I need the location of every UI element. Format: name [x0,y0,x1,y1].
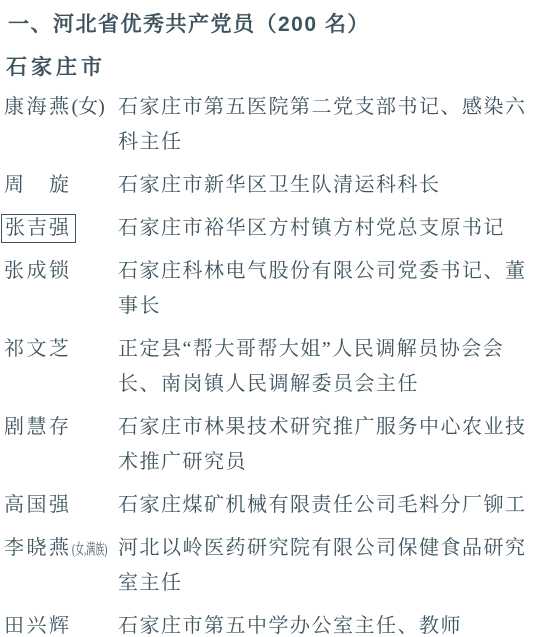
member-description-line: 河北以岭医药研究院有限公司保健食品研究 [118,531,548,566]
member-name: 高国强 [4,494,72,516]
member-description-line: 石家庄煤矿机械有限责任公司毛料分厂铆工 [118,488,548,523]
member-description: 正定县“帮大哥帮大姐”人民调解员协会会长、南岗镇人民调解委员会主任 [118,332,548,402]
member-name: 剧慧存 [4,416,72,438]
member-description-line: 长、南岗镇人民调解委员会主任 [118,367,548,402]
member-name-cell: 李晓燕(女,满族) [4,531,118,568]
member-description-line: 石家庄科林电气股份有限公司党委书记、董 [118,254,548,289]
member-description: 河北以岭医药研究院有限公司保健食品研究室主任 [118,531,548,601]
member-description-line: 术推广研究员 [118,445,548,480]
member-name-cell: 高国强 [4,488,118,523]
member-row: 高国强 石家庄煤矿机械有限责任公司毛料分厂铆工 [4,488,548,523]
page-title: 一、河北省优秀共产党员（200 名） [8,10,548,40]
member-description-line: 事长 [118,289,548,324]
member-name-cell: 张成锁 [4,254,118,289]
member-description: 石家庄科林电气股份有限公司党委书记、董事长 [118,254,548,324]
member-description: 石家庄市裕华区方村镇方村党总支原书记 [118,211,548,246]
member-name: 祁文芝 [4,338,72,360]
member-name-cell: 周 旋 [4,168,118,203]
member-description: 石家庄市第五中学办公室主任、教师 [118,609,548,637]
member-description: 石家庄煤矿机械有限责任公司毛料分厂铆工 [118,488,548,523]
member-row: 周 旋 石家庄市新华区卫生队清运科科长 [4,168,548,203]
member-name-cell: 张吉强 [4,211,118,246]
member-description-line: 室主任 [118,566,548,601]
member-row: 田兴辉 石家庄市第五中学办公室主任、教师 [4,609,548,637]
document-page: 一、河北省优秀共产党员（200 名） 石家庄市 康海燕(女) 石家庄市第五医院第… [0,0,554,637]
member-description-line: 石家庄市裕华区方村镇方村党总支原书记 [118,211,548,246]
member-description-line: 石家庄市新华区卫生队清运科科长 [118,168,548,203]
member-name-cell: 康海燕(女) [4,90,118,125]
member-description-line: 科主任 [118,125,548,160]
member-list: 康海燕(女) 石家庄市第五医院第二党支部书记、感染六科主任 周 旋 石家庄市新华… [4,90,548,637]
member-description: 石家庄市第五医院第二党支部书记、感染六科主任 [118,90,548,160]
section-header-city: 石家庄市 [6,54,548,80]
member-description-line: 石家庄市第五医院第二党支部书记、感染六 [118,90,548,125]
member-name: 李晓燕 [4,537,72,559]
member-name: 张吉强 [1,214,76,243]
member-description-line: 石家庄市第五中学办公室主任、教师 [118,609,548,637]
member-name: 康海燕 [4,96,72,118]
member-row: 剧慧存 石家庄市林果技术研究推广服务中心农业技术推广研究员 [4,410,548,480]
member-row: 张成锁 石家庄科林电气股份有限公司党委书记、董事长 [4,254,548,324]
member-row: 李晓燕(女,满族) 河北以岭医药研究院有限公司保健食品研究室主任 [4,531,548,601]
member-row: 康海燕(女) 石家庄市第五医院第二党支部书记、感染六科主任 [4,90,548,160]
member-name-cell: 田兴辉 [4,609,118,637]
member-description: 石家庄市新华区卫生队清运科科长 [118,168,548,203]
member-description-line: 正定县“帮大哥帮大姐”人民调解员协会会 [118,332,548,367]
member-row: 张吉强 石家庄市裕华区方村镇方村党总支原书记 [4,211,548,246]
member-row: 祁文芝 正定县“帮大哥帮大姐”人民调解员协会会长、南岗镇人民调解委员会主任 [4,332,548,402]
member-name-cell: 祁文芝 [4,332,118,367]
member-name: 周 旋 [4,174,72,196]
member-name: 张成锁 [4,260,72,282]
member-name-cell: 剧慧存 [4,410,118,445]
member-name: 田兴辉 [4,615,72,637]
member-description: 石家庄市林果技术研究推广服务中心农业技术推广研究员 [118,410,548,480]
member-name-suffix: (女,满族) [72,533,107,568]
member-description-line: 石家庄市林果技术研究推广服务中心农业技 [118,410,548,445]
member-name-suffix: (女) [72,96,105,118]
